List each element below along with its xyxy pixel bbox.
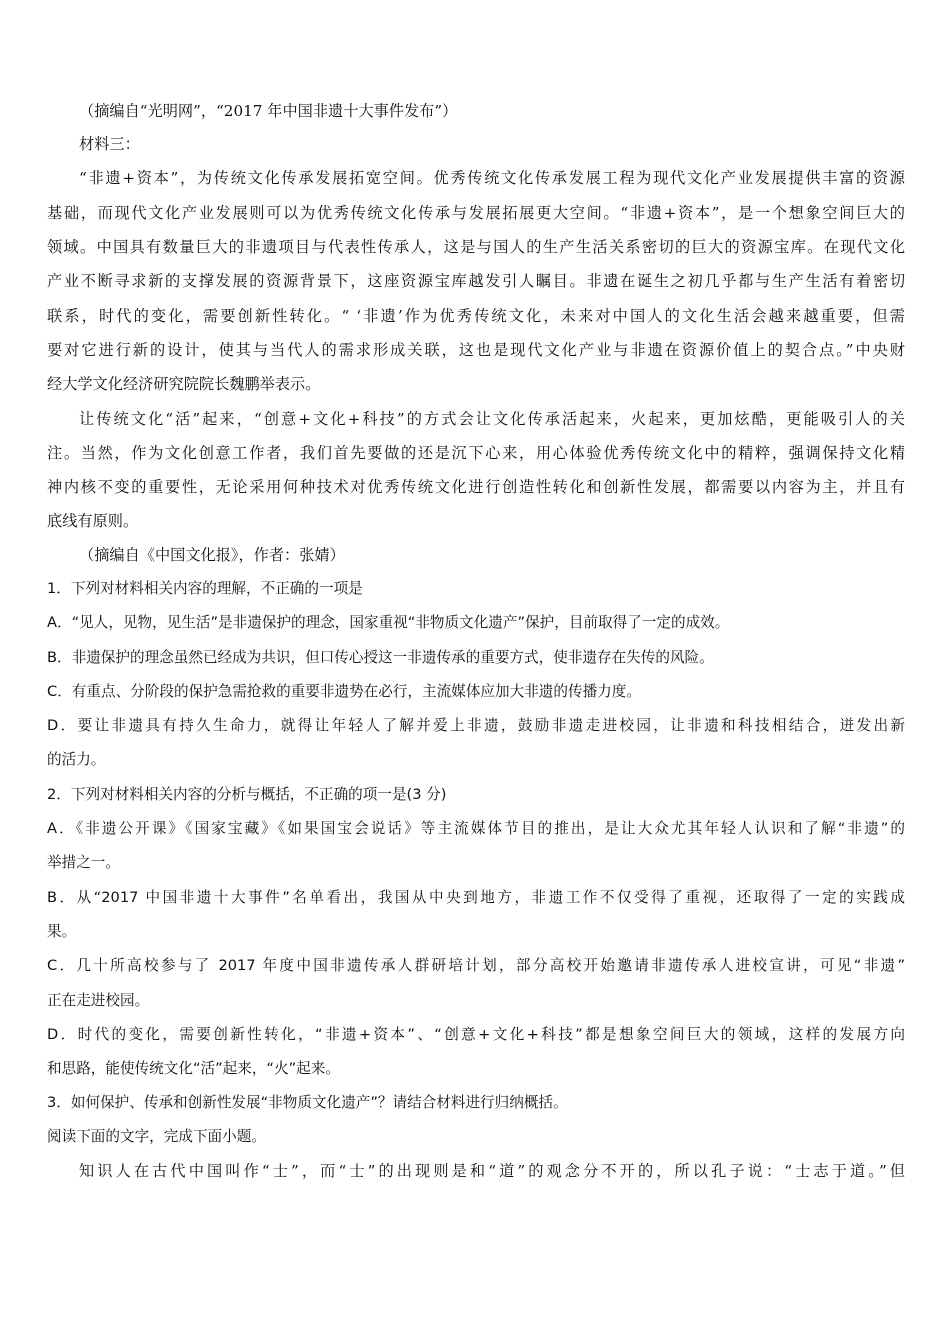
- source-citation-1: （摘编自“光明网”，“2017 年中国非遗十大事件发布”）: [79, 104, 457, 119]
- q1-option-d-cont: 的活力。: [47, 753, 105, 768]
- q2-option-d-cont: 和思路，能使传统文化“活”起来，“火”起来。: [47, 1062, 340, 1077]
- q2-option-b: B．从“2017 中国非遗十大事件”名单看出，我国从中央到地方，非遗工作不仅受得…: [47, 891, 905, 906]
- q2-option-d: D．时代的变化，需要创新性转化，“非遗+资本”、“创意+文化+科技”都是想象空间…: [47, 1028, 905, 1043]
- para1-line: 产业不断寻求新的支撑发展的资源背景下，这座资源宝库越发引人瞩目。非遗在诞生之初几…: [47, 274, 905, 289]
- q2-option-a-cont: 举措之一。: [47, 856, 120, 871]
- q1-option-b: B．非遗保护的理念虽然已经成为共识，但口传心授这一非遗传承的重要方式，使非遗存在…: [47, 651, 714, 666]
- para1-line: 联系，时代的变化，需要创新性转化。“ ‘非遗’作为优秀传统文化，未来对中国人的文…: [47, 309, 905, 324]
- para2-line: 底线有原则。: [47, 514, 138, 529]
- para1-line: 经大学文化经济研究院院长魏鹏举表示。: [47, 377, 320, 392]
- material-3-heading: 材料三：: [79, 137, 140, 152]
- q2-option-c-cont: 正在走进校园。: [47, 994, 149, 1009]
- reading-prompt: 阅读下面的文字，完成下面小题。: [47, 1130, 266, 1145]
- source-citation-2: （摘编自《中国文化报》，作者：张婧）: [79, 548, 345, 563]
- question-3-stem: 3．如何保护、传承和创新性发展“非物质文化遗产”？请结合材料进行归纳概括。: [47, 1096, 568, 1111]
- question-2-stem: 2．下列对材料相关内容的分析与概括，不正确的项一是(3 分): [47, 788, 446, 803]
- passage-first-line: 知识人在古代中国叫作“士”，而“士”的出现则是和“道”的观念分不开的，所以孔子说…: [79, 1164, 905, 1179]
- question-1-stem: 1．下列对材料相关内容的理解，不正确的一项是: [47, 582, 363, 597]
- q2-option-a: A．《非遗公开课》《国家宝藏》《如果国宝会说话》等主流媒体节目的推出，是让大众尤…: [47, 822, 905, 837]
- para1-line: 要对它进行新的设计，使其与当代人的需求形成关联，这也是现代文化产业与非遗在资源价…: [47, 343, 905, 358]
- q1-option-a: A．“见人，见物，见生活”是非遗保护的理念，国家重视“非物质文化遗产”保护，目前…: [47, 616, 729, 631]
- q2-option-c: C．几十所高校参与了 2017 年度中国非遗传承人群研培计划，部分高校开始邀请非…: [47, 959, 905, 974]
- q1-option-d: D．要让非遗具有持久生命力，就得让年轻人了解并爱上非遗，鼓励非遗走进校园，让非遗…: [47, 719, 905, 734]
- para2-line: 注。当然，作为文化创意工作者，我们首先要做的还是沉下心来，用心体验优秀传统文化中…: [47, 446, 905, 461]
- para1-line: 基础，而现代文化产业发展则可以为优秀传统文化传承与发展拓展更大空间。“非遗+资本…: [47, 206, 905, 221]
- q1-option-c: C．有重点、分阶段的保护急需抢救的重要非遗势在必行，主流媒体应加大非遗的传播力度…: [47, 685, 641, 700]
- para2-line: 让传统文化“活”起来，“创意+文化+科技”的方式会让文化传承活起来，火起来，更加…: [79, 412, 905, 427]
- para1-line: 领域。中国具有数量巨大的非遗项目与代表性传承人，这是与国人的生产生活关系密切的巨…: [47, 240, 905, 255]
- q2-option-b-cont: 果。: [47, 925, 76, 940]
- para2-line: 神内核不变的重要性，无论采用何种技术对优秀传统文化进行创造性转化和创新性发展，都…: [47, 480, 905, 495]
- para1-line: “非遗+资本”，为传统文化传承发展拓宽空间。优秀传统文化传承发展工程为现代文化产…: [79, 171, 905, 186]
